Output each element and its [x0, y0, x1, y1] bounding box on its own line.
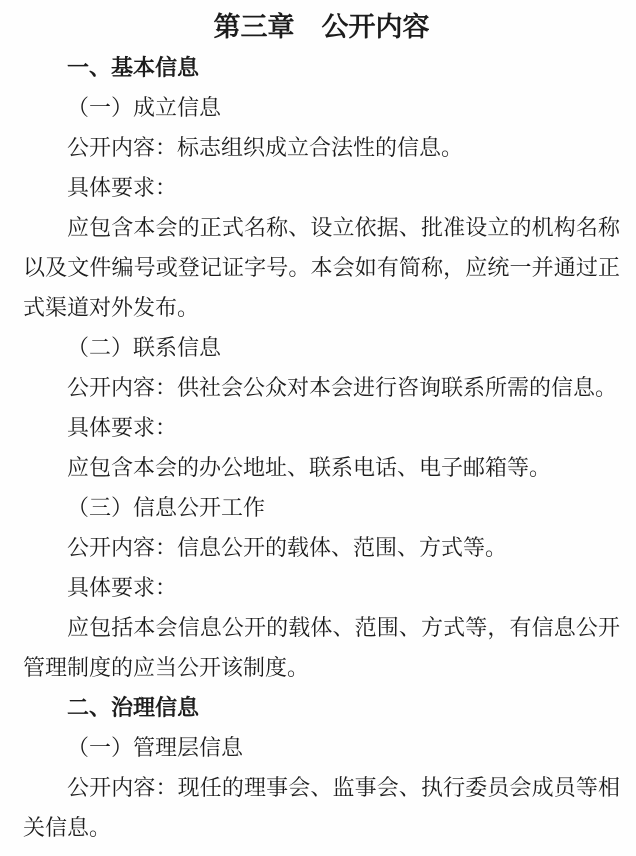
- subsection-heading-founding-info: （一）成立信息: [23, 88, 620, 128]
- paragraph-line-disclosure-content: 公开内容：信息公开的载体、范围、方式等。: [23, 528, 620, 568]
- document-page: 第三章 公开内容 一、基本信息 （一）成立信息 公开内容：标志组织成立合法性的信…: [0, 0, 636, 856]
- chapter-title: 第三章 公开内容: [23, 6, 620, 48]
- subsection-heading-disclosure-work: （三）信息公开工作: [23, 488, 620, 528]
- paragraph-line: 应包含本会的办公地址、联系电话、电子邮箱等。: [23, 448, 620, 488]
- subsection-heading-management-info: （一）管理层信息: [23, 728, 620, 768]
- paragraph-line: 关信息。: [23, 808, 620, 848]
- section-heading-governance-info: 二、治理信息: [23, 688, 620, 728]
- paragraph-line-disclosure-content: 公开内容：标志组织成立合法性的信息。: [23, 128, 620, 168]
- paragraph-line-disclosure-content: 公开内容：供社会公众对本会进行咨询联系所需的信息。: [23, 368, 620, 408]
- paragraph-line-requirements-label: 具体要求：: [23, 168, 620, 208]
- paragraph-line-disclosure-content: 公开内容：现任的理事会、监事会、执行委员会成员等相: [23, 768, 620, 808]
- paragraph-line-requirements-label: 具体要求：: [23, 408, 620, 448]
- paragraph-line: 管理制度的应当公开该制度。: [23, 648, 620, 688]
- paragraph-line-requirements-label: 具体要求：: [23, 568, 620, 608]
- paragraph-line: 应包含本会的正式名称、设立依据、批准设立的机构名称: [23, 208, 620, 248]
- paragraph-line: 式渠道对外发布。: [23, 288, 620, 328]
- paragraph-line: 应包括本会信息公开的载体、范围、方式等，有信息公开: [23, 608, 620, 648]
- subsection-heading-contact-info: （二）联系信息: [23, 328, 620, 368]
- paragraph-line: 以及文件编号或登记证字号。本会如有简称，应统一并通过正: [23, 248, 620, 288]
- section-heading-basic-info: 一、基本信息: [23, 48, 620, 88]
